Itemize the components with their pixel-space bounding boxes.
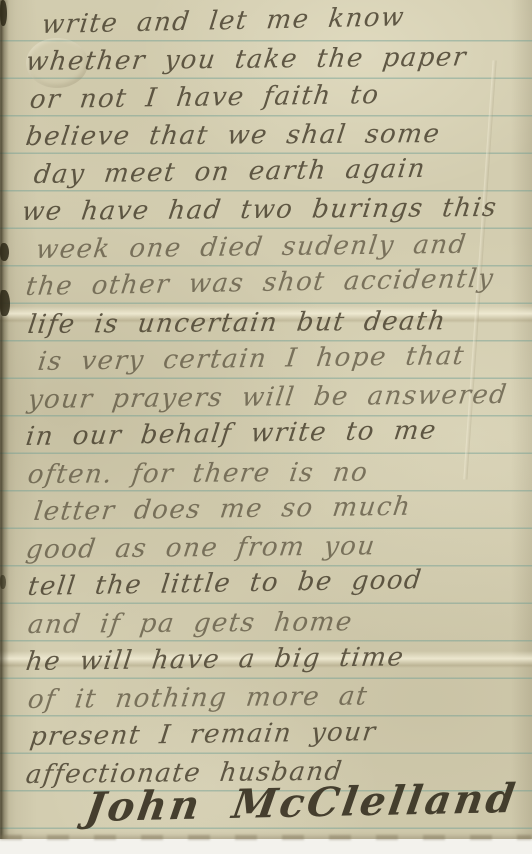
letter-line: life is uncertain but death (26, 304, 449, 342)
letter-line: he will have a big time (24, 640, 407, 679)
letter-line: is very certain I hope that (36, 339, 467, 379)
letter-line: whether you take the paper (24, 40, 469, 79)
letter-line: we have had two burings this (20, 191, 500, 229)
letter-line: often. for there is no (26, 456, 371, 492)
edge-tear (0, 0, 7, 26)
letter-line: day meet on earth again (32, 152, 428, 192)
letter-page: write and let me know whether you take t… (0, 0, 532, 854)
edge-tear (0, 575, 6, 589)
ink-blot (0, 290, 10, 316)
letter-line: or not I have faith to (28, 78, 382, 117)
letter-line: the other was shot accidently (24, 262, 496, 304)
letter-line: tell the little to be good (26, 563, 424, 604)
signature: John McClelland (82, 775, 521, 832)
letter-line: believe that we shal some (24, 117, 443, 154)
torn-left-edge (0, 0, 9, 840)
letter-line: of it nothing more at (26, 679, 370, 717)
letter-line: write and let me know (40, 0, 407, 42)
letter-line: good as one from you (24, 529, 378, 567)
letter-line: and if pa gets home (26, 605, 355, 642)
letter-line: letter does me so much (32, 490, 414, 529)
edge-tear (0, 243, 9, 261)
scanner-background-strip (0, 839, 532, 854)
letter-line: present I remain your (28, 715, 379, 754)
letter-line: in our behalf write to me (24, 414, 439, 455)
letter-line: your prayers will be answered (26, 378, 510, 417)
letter-line: week one died sudenly and (34, 228, 469, 267)
